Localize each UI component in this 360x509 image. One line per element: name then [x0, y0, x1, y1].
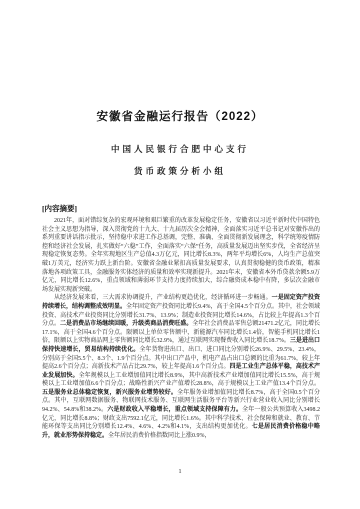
summary-text-run: 全年规模以上工业增加值同比增长8.9%，其中高新技术产业增加值同比增长15.5%…	[42, 373, 320, 388]
summary-bold-run: 二是消费品市场继续回暖，升级类商品消费旺盛。	[60, 321, 192, 327]
summary-text-run: 2021年，面对错综复杂的宏观环境和艰巨繁重的改革发展稳定任务，安徽省以习近平新…	[42, 218, 320, 293]
issuing-organization: 中国人民银行合肥中心支行	[0, 143, 360, 155]
summary-bold-run: 五是服务业总体稳定恢复，新兴服务业增势较好。	[42, 390, 177, 396]
report-title: 安徽省金融运行报告（2022）	[0, 0, 360, 124]
summary-heading: [内容摘要]	[42, 203, 318, 214]
summary-text-run: 全年居民消费价格指数同比上涨0.9%，	[108, 433, 211, 439]
report-page: 安徽省金融运行报告（2022） 中国人民银行合肥中心支行 货币政策分析小组 [内…	[0, 0, 360, 509]
page-number: 1	[0, 468, 360, 475]
summary-paragraph: 从经济发展来看，三大需求协调提升，产业结构更趋优化，经济循环进一步畅通。一是固定…	[42, 294, 320, 440]
summary-body: 2021年，面对错综复杂的宏观环境和艰巨繁重的改革发展稳定任务，安徽省以习近平新…	[42, 217, 320, 440]
authoring-group: 货币政策分析小组	[0, 165, 360, 177]
summary-bold-run: 六是财政收入平稳增长，重点领域支持保障有力。	[107, 407, 242, 413]
summary-text-run: 从经济发展来看，三大需求协调提升，产业结构更趋优化，经济循环进一步畅通。	[54, 295, 272, 301]
summary-paragraph: 2021年，面对错综复杂的宏观环境和艰巨繁重的改革发展稳定任务，安徽省以习近平新…	[42, 217, 320, 294]
